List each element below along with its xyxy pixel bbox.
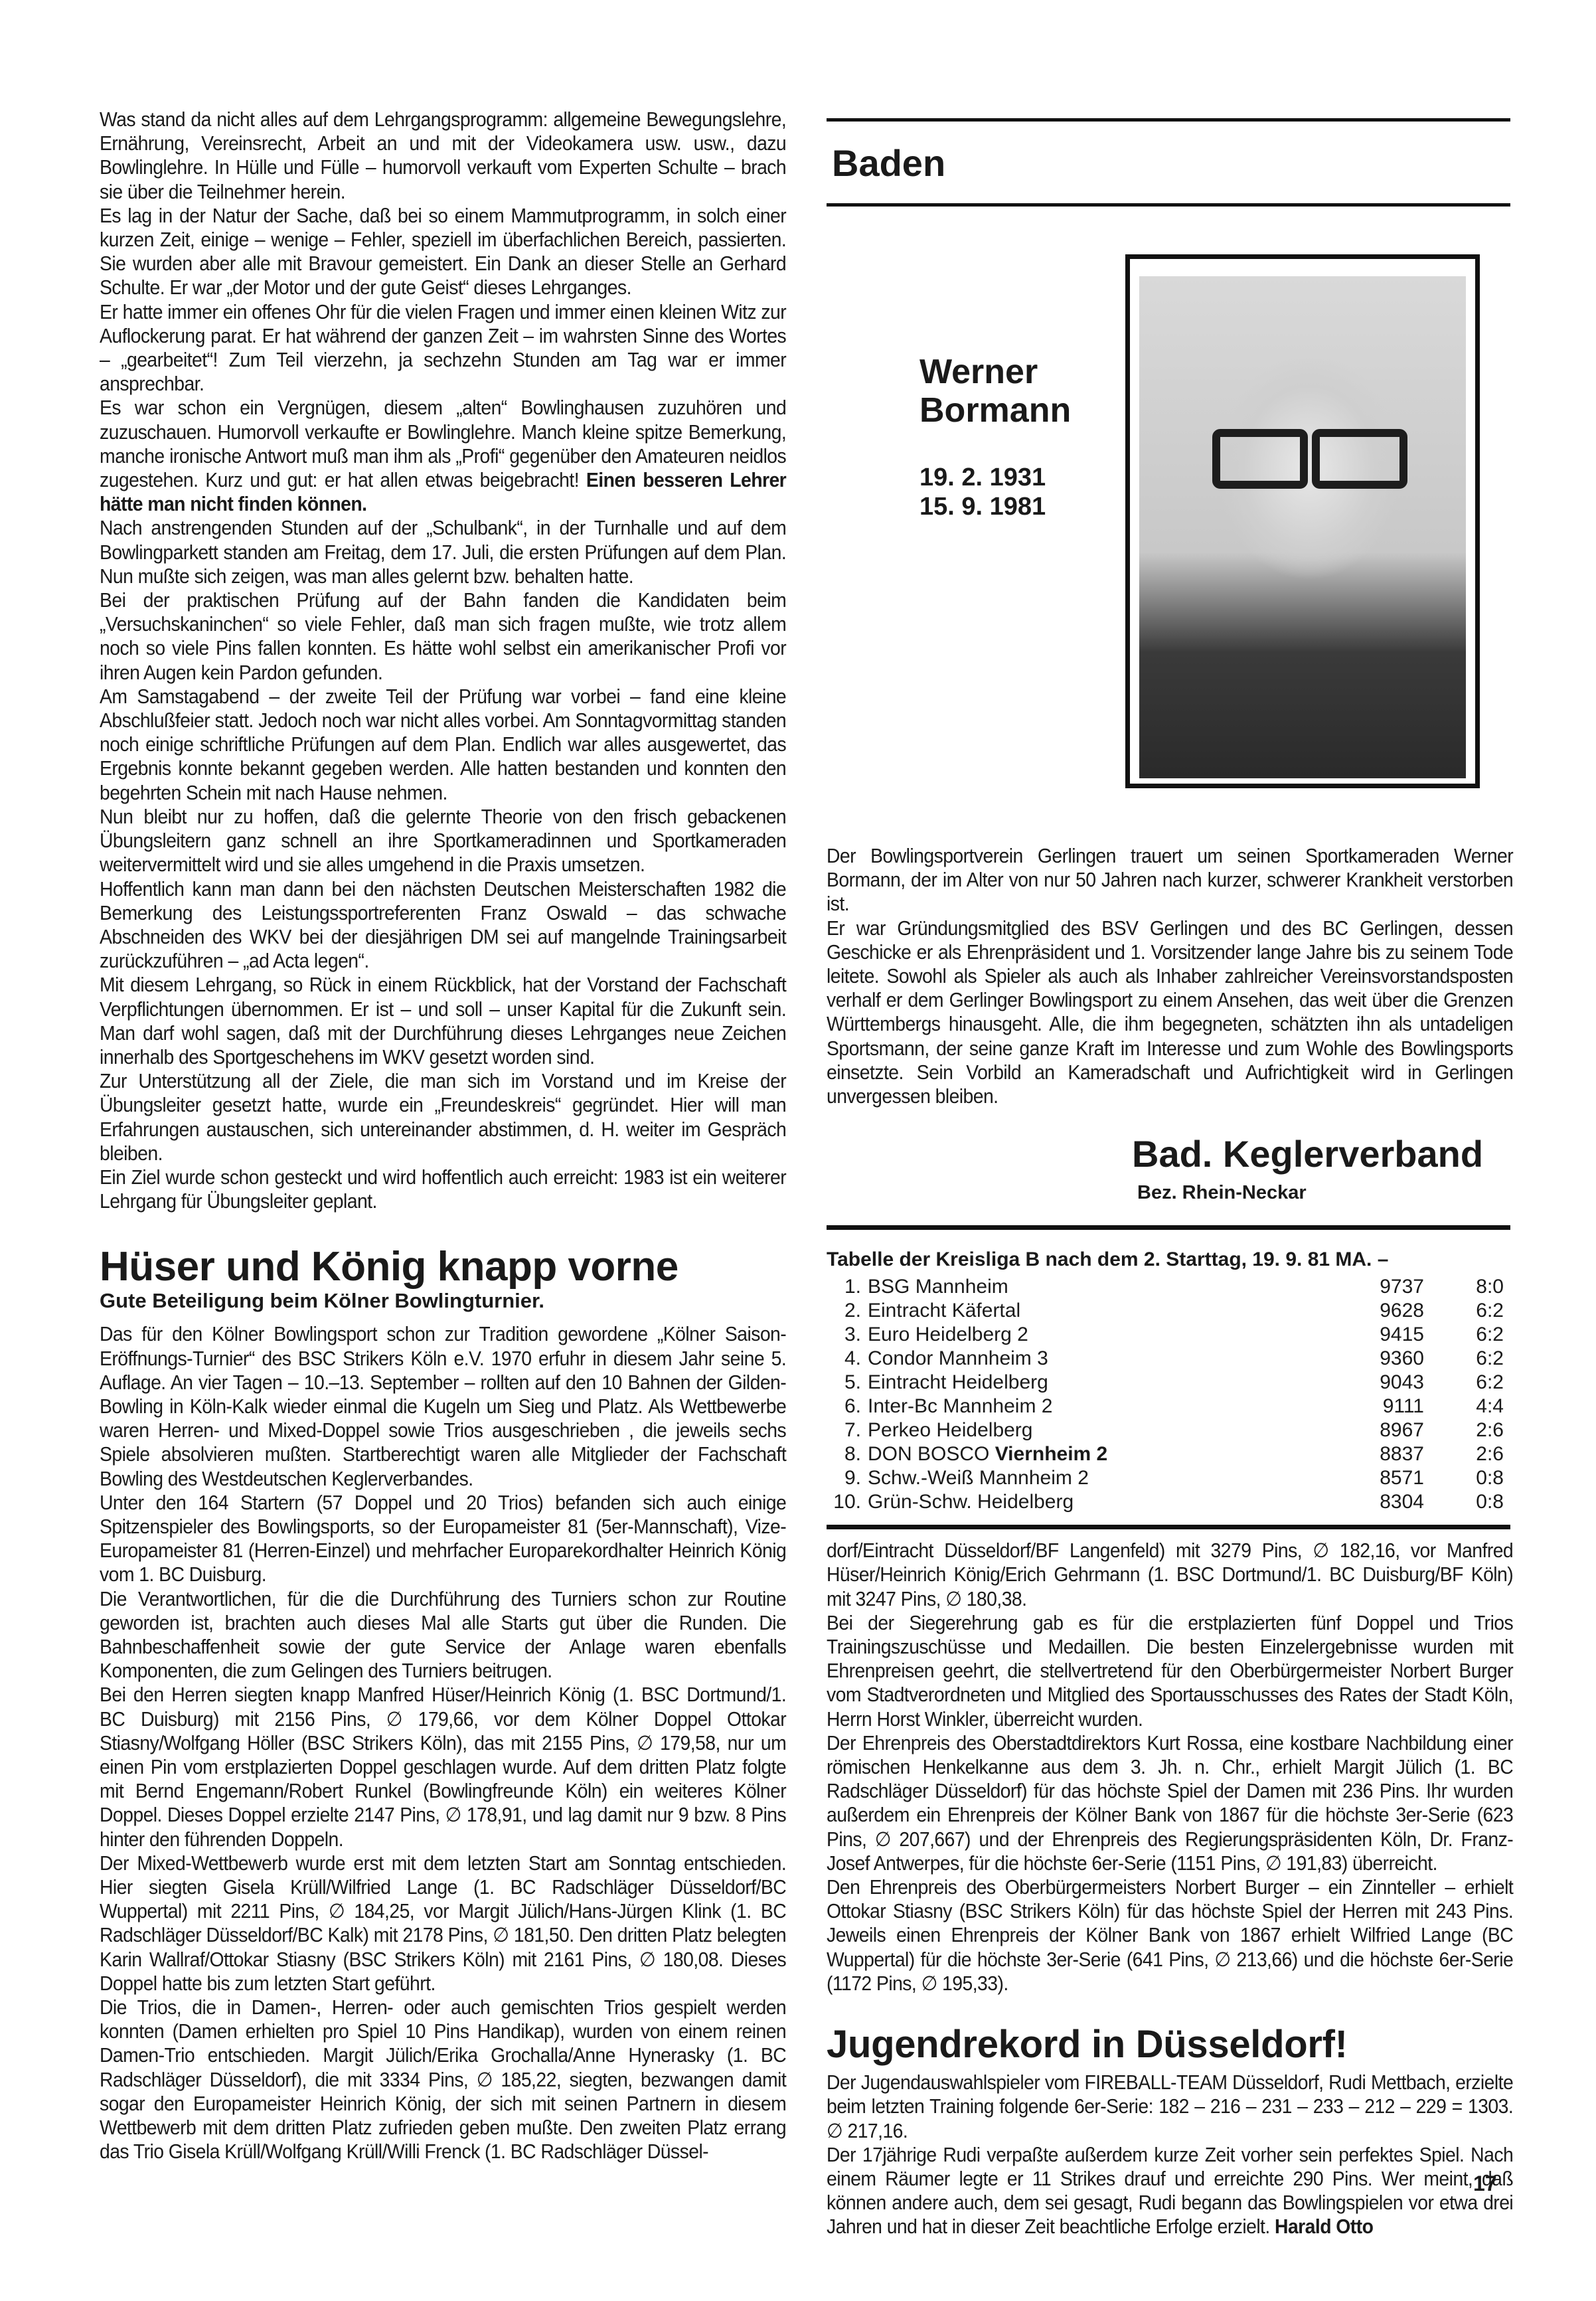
rank-cell: 8.	[827, 1442, 868, 1466]
obituary-first-name: Werner	[919, 353, 1071, 391]
team-name: BSG Mannheim	[868, 1276, 1008, 1298]
paragraph-text: Der 17jährige Rudi verpaßte außerdem kur…	[827, 2144, 1513, 2239]
portrait-frame	[1125, 254, 1480, 788]
points-cell: 6:2	[1424, 1371, 1504, 1395]
table-row: 3.Euro Heidelberg 294156:2	[827, 1323, 1504, 1347]
paragraph: Die Verantwortlichen, für die die Durchf…	[100, 1587, 786, 1683]
paragraph: Ein Ziel wurde schon gesteckt und wird h…	[100, 1165, 786, 1213]
article-title: Jugendrekord in Düsseldorf!	[827, 2022, 1517, 2067]
team-name: Grün-Schw. Heidelberg	[868, 1491, 1074, 1513]
pins-cell: 9043	[1331, 1371, 1424, 1395]
paragraph: dorf/Eintracht Düsseldorf/BF Langenfeld)…	[827, 1539, 1513, 1611]
team-name: Eintracht Käfertal	[868, 1300, 1020, 1321]
pins-cell: 9360	[1331, 1347, 1424, 1371]
portrait-photo	[1139, 276, 1466, 778]
paragraph: Was stand da nicht alles auf dem Lehrgan…	[100, 108, 786, 204]
verband-title: Bad. Keglerverband	[1132, 1132, 1517, 1175]
paragraph: Am Samstagabend – der zweite Teil der Pr…	[100, 685, 786, 805]
points-cell: 6:2	[1424, 1323, 1504, 1347]
paragraph: Der Jugendauswahlspieler vom FIREBALL-TE…	[827, 2071, 1513, 2143]
paragraph: Es war schon ein Vergnügen, diesem „alte…	[100, 396, 786, 516]
points-cell: 2:6	[1424, 1418, 1504, 1442]
points-cell: 6:2	[1424, 1347, 1504, 1371]
table-row: 1.BSG Mannheim97378:0	[827, 1275, 1504, 1299]
rank-cell: 5.	[827, 1371, 868, 1395]
rank-cell: 2.	[827, 1299, 868, 1323]
pins-cell: 8571	[1331, 1466, 1424, 1490]
obituary-last-name: Bormann	[919, 391, 1071, 430]
team-cell: Eintracht Heidelberg	[868, 1371, 1331, 1395]
paragraph: Nun bleibt nur zu hoffen, daß die gelern…	[100, 805, 786, 877]
rank-cell: 10.	[827, 1490, 868, 1514]
team-name: Euro Heidelberg 2	[868, 1323, 1028, 1345]
left-column: Was stand da nicht alles auf dem Lehrgan…	[100, 108, 787, 2164]
paragraph: Nach anstrengenden Stunden auf der „Schu…	[100, 516, 786, 588]
section-title: Baden	[832, 141, 1517, 185]
paragraph: Den Ehrenpreis des Oberbürgermeisters No…	[827, 1875, 1513, 1996]
paragraph: Der Bowlingsportverein Gerlingen trauert…	[827, 844, 1513, 916]
team-cell: Condor Mannheim 3	[868, 1347, 1331, 1371]
pins-cell: 9737	[1331, 1275, 1424, 1299]
table-row: 10.Grün-Schw. Heidelberg83040:8	[827, 1490, 1504, 1514]
pins-cell: 9111	[1331, 1395, 1424, 1418]
pins-cell: 9415	[1331, 1323, 1424, 1347]
tournament-article-body: Das für den Kölner Bowlingsport schon zu…	[100, 1322, 786, 2164]
table-row: 7.Perkeo Heidelberg89672:6	[827, 1418, 1504, 1442]
team-name: Schw.-Weiß Mannheim 2	[868, 1467, 1089, 1489]
paragraph: Es lag in der Natur der Sache, daß bei s…	[100, 204, 786, 300]
paragraph: Bei den Herren siegten knapp Manfred Hüs…	[100, 1683, 786, 1851]
team-cell: Schw.-Weiß Mannheim 2	[868, 1466, 1331, 1490]
team-name-bold: Viernheim 2	[995, 1443, 1108, 1465]
pins-cell: 8967	[1331, 1418, 1424, 1442]
team-cell: Perkeo Heidelberg	[868, 1418, 1331, 1442]
table-row: 6.Inter-Bc Mannheim 291114:4	[827, 1395, 1504, 1418]
paragraph: Der Ehrenpreis des Oberstadtdirektors Ku…	[827, 1731, 1513, 1875]
table-row: 9.Schw.-Weiß Mannheim 285710:8	[827, 1466, 1504, 1490]
paragraph: Das für den Kölner Bowlingsport schon zu…	[100, 1322, 786, 1490]
rank-cell: 7.	[827, 1418, 868, 1442]
verband-subtitle: Bez. Rhein-Neckar	[1137, 1182, 1517, 1204]
rank-cell: 3.	[827, 1323, 868, 1347]
team-name: Inter-Bc Mannheim 2	[868, 1395, 1052, 1417]
team-name: DON BOSCO	[868, 1443, 995, 1465]
glasses-shape	[1212, 429, 1411, 475]
points-cell: 4:4	[1424, 1395, 1504, 1418]
article-subtitle: Gute Beteiligung beim Kölner Bowlingturn…	[100, 1289, 787, 1313]
team-cell: DON BOSCO Viernheim 2	[868, 1442, 1331, 1466]
paragraph: Die Trios, die in Damen-, Herren- oder a…	[100, 1996, 786, 2164]
table-row: 2.Eintracht Käfertal96286:2	[827, 1299, 1504, 1323]
lehrgang-article-body: Was stand da nicht alles auf dem Lehrgan…	[100, 108, 786, 1213]
obituary-body: Der Bowlingsportverein Gerlingen trauert…	[827, 844, 1513, 1108]
paragraph: Zur Unterstützung all der Ziele, die man…	[100, 1069, 786, 1165]
section-rule-top	[827, 118, 1510, 122]
points-cell: 8:0	[1424, 1275, 1504, 1299]
points-cell: 6:2	[1424, 1299, 1504, 1323]
table-rule-bottom	[827, 1525, 1510, 1529]
paragraph: Bei der Siegerehrung gab es für die erst…	[827, 1611, 1513, 1731]
section-rule-bottom	[827, 203, 1510, 207]
paragraph: Unter den 164 Startern (57 Doppel und 20…	[100, 1491, 786, 1587]
pins-cell: 9628	[1331, 1299, 1424, 1323]
table-row: 4.Condor Mannheim 393606:2	[827, 1347, 1504, 1371]
obituary: Werner Bormann 19. 2. 1931 15. 9. 1981	[827, 246, 1517, 844]
rank-cell: 9.	[827, 1466, 868, 1490]
rank-cell: 4.	[827, 1347, 868, 1371]
rank-cell: 6.	[827, 1395, 868, 1418]
points-cell: 0:8	[1424, 1490, 1504, 1514]
birth-date: 19. 2. 1931	[919, 463, 1071, 492]
team-cell: Eintracht Käfertal	[868, 1299, 1331, 1323]
team-name: Perkeo Heidelberg	[868, 1419, 1032, 1441]
team-cell: Euro Heidelberg 2	[868, 1323, 1331, 1347]
team-cell: BSG Mannheim	[868, 1275, 1331, 1299]
team-name: Eintracht Heidelberg	[868, 1371, 1048, 1393]
team-name: Condor Mannheim 3	[868, 1347, 1048, 1369]
article-title: Hüser und König knapp vorne	[100, 1245, 787, 1289]
points-cell: 0:8	[1424, 1466, 1504, 1490]
pins-cell: 8837	[1331, 1442, 1424, 1466]
paragraph: Er war Gründungsmitglied des BSV Gerling…	[827, 916, 1513, 1109]
pins-cell: 8304	[1331, 1490, 1424, 1514]
table-rule-top	[827, 1225, 1510, 1230]
league-table: 1.BSG Mannheim97378:02.Eintracht Käferta…	[827, 1275, 1504, 1514]
author-byline: Harald Otto	[1275, 2215, 1373, 2238]
obituary-heading: Werner Bormann 19. 2. 1931 15. 9. 1981	[919, 353, 1071, 521]
paragraph: Der Mixed-Wettbewerb wurde erst mit dem …	[100, 1851, 786, 1996]
paragraph: Bei der praktischen Prüfung auf der Bahn…	[100, 588, 786, 685]
tournament-article-continued: dorf/Eintracht Düsseldorf/BF Langenfeld)…	[827, 1539, 1513, 1996]
page-number: 17	[1473, 2172, 1497, 2196]
obituary-dates: 19. 2. 1931 15. 9. 1981	[919, 463, 1071, 521]
table-row: 8.DON BOSCO Viernheim 288372:6	[827, 1442, 1504, 1466]
rank-cell: 1.	[827, 1275, 868, 1299]
death-date: 15. 9. 1981	[919, 492, 1071, 521]
table-caption: Tabelle der Kreisliga B nach dem 2. Star…	[827, 1248, 1517, 1271]
jugendrekord-body: Der Jugendauswahlspieler vom FIREBALL-TE…	[827, 2071, 1513, 2239]
points-cell: 2:6	[1424, 1442, 1504, 1466]
paragraph: Er hatte immer ein offenes Ohr für die v…	[100, 300, 786, 396]
right-column: Baden Werner Bormann 19. 2. 1931 15. 9. …	[827, 100, 1517, 2239]
team-cell: Inter-Bc Mannheim 2	[868, 1395, 1331, 1418]
paragraph: Hoffentlich kann man dann bei den nächst…	[100, 877, 786, 974]
paragraph: Mit diesem Lehrgang, so Rück in einem Rü…	[100, 973, 786, 1069]
paragraph: Der 17jährige Rudi verpaßte außerdem kur…	[827, 2143, 1513, 2239]
table-row: 5.Eintracht Heidelberg90436:2	[827, 1371, 1504, 1395]
team-cell: Grün-Schw. Heidelberg	[868, 1490, 1331, 1514]
